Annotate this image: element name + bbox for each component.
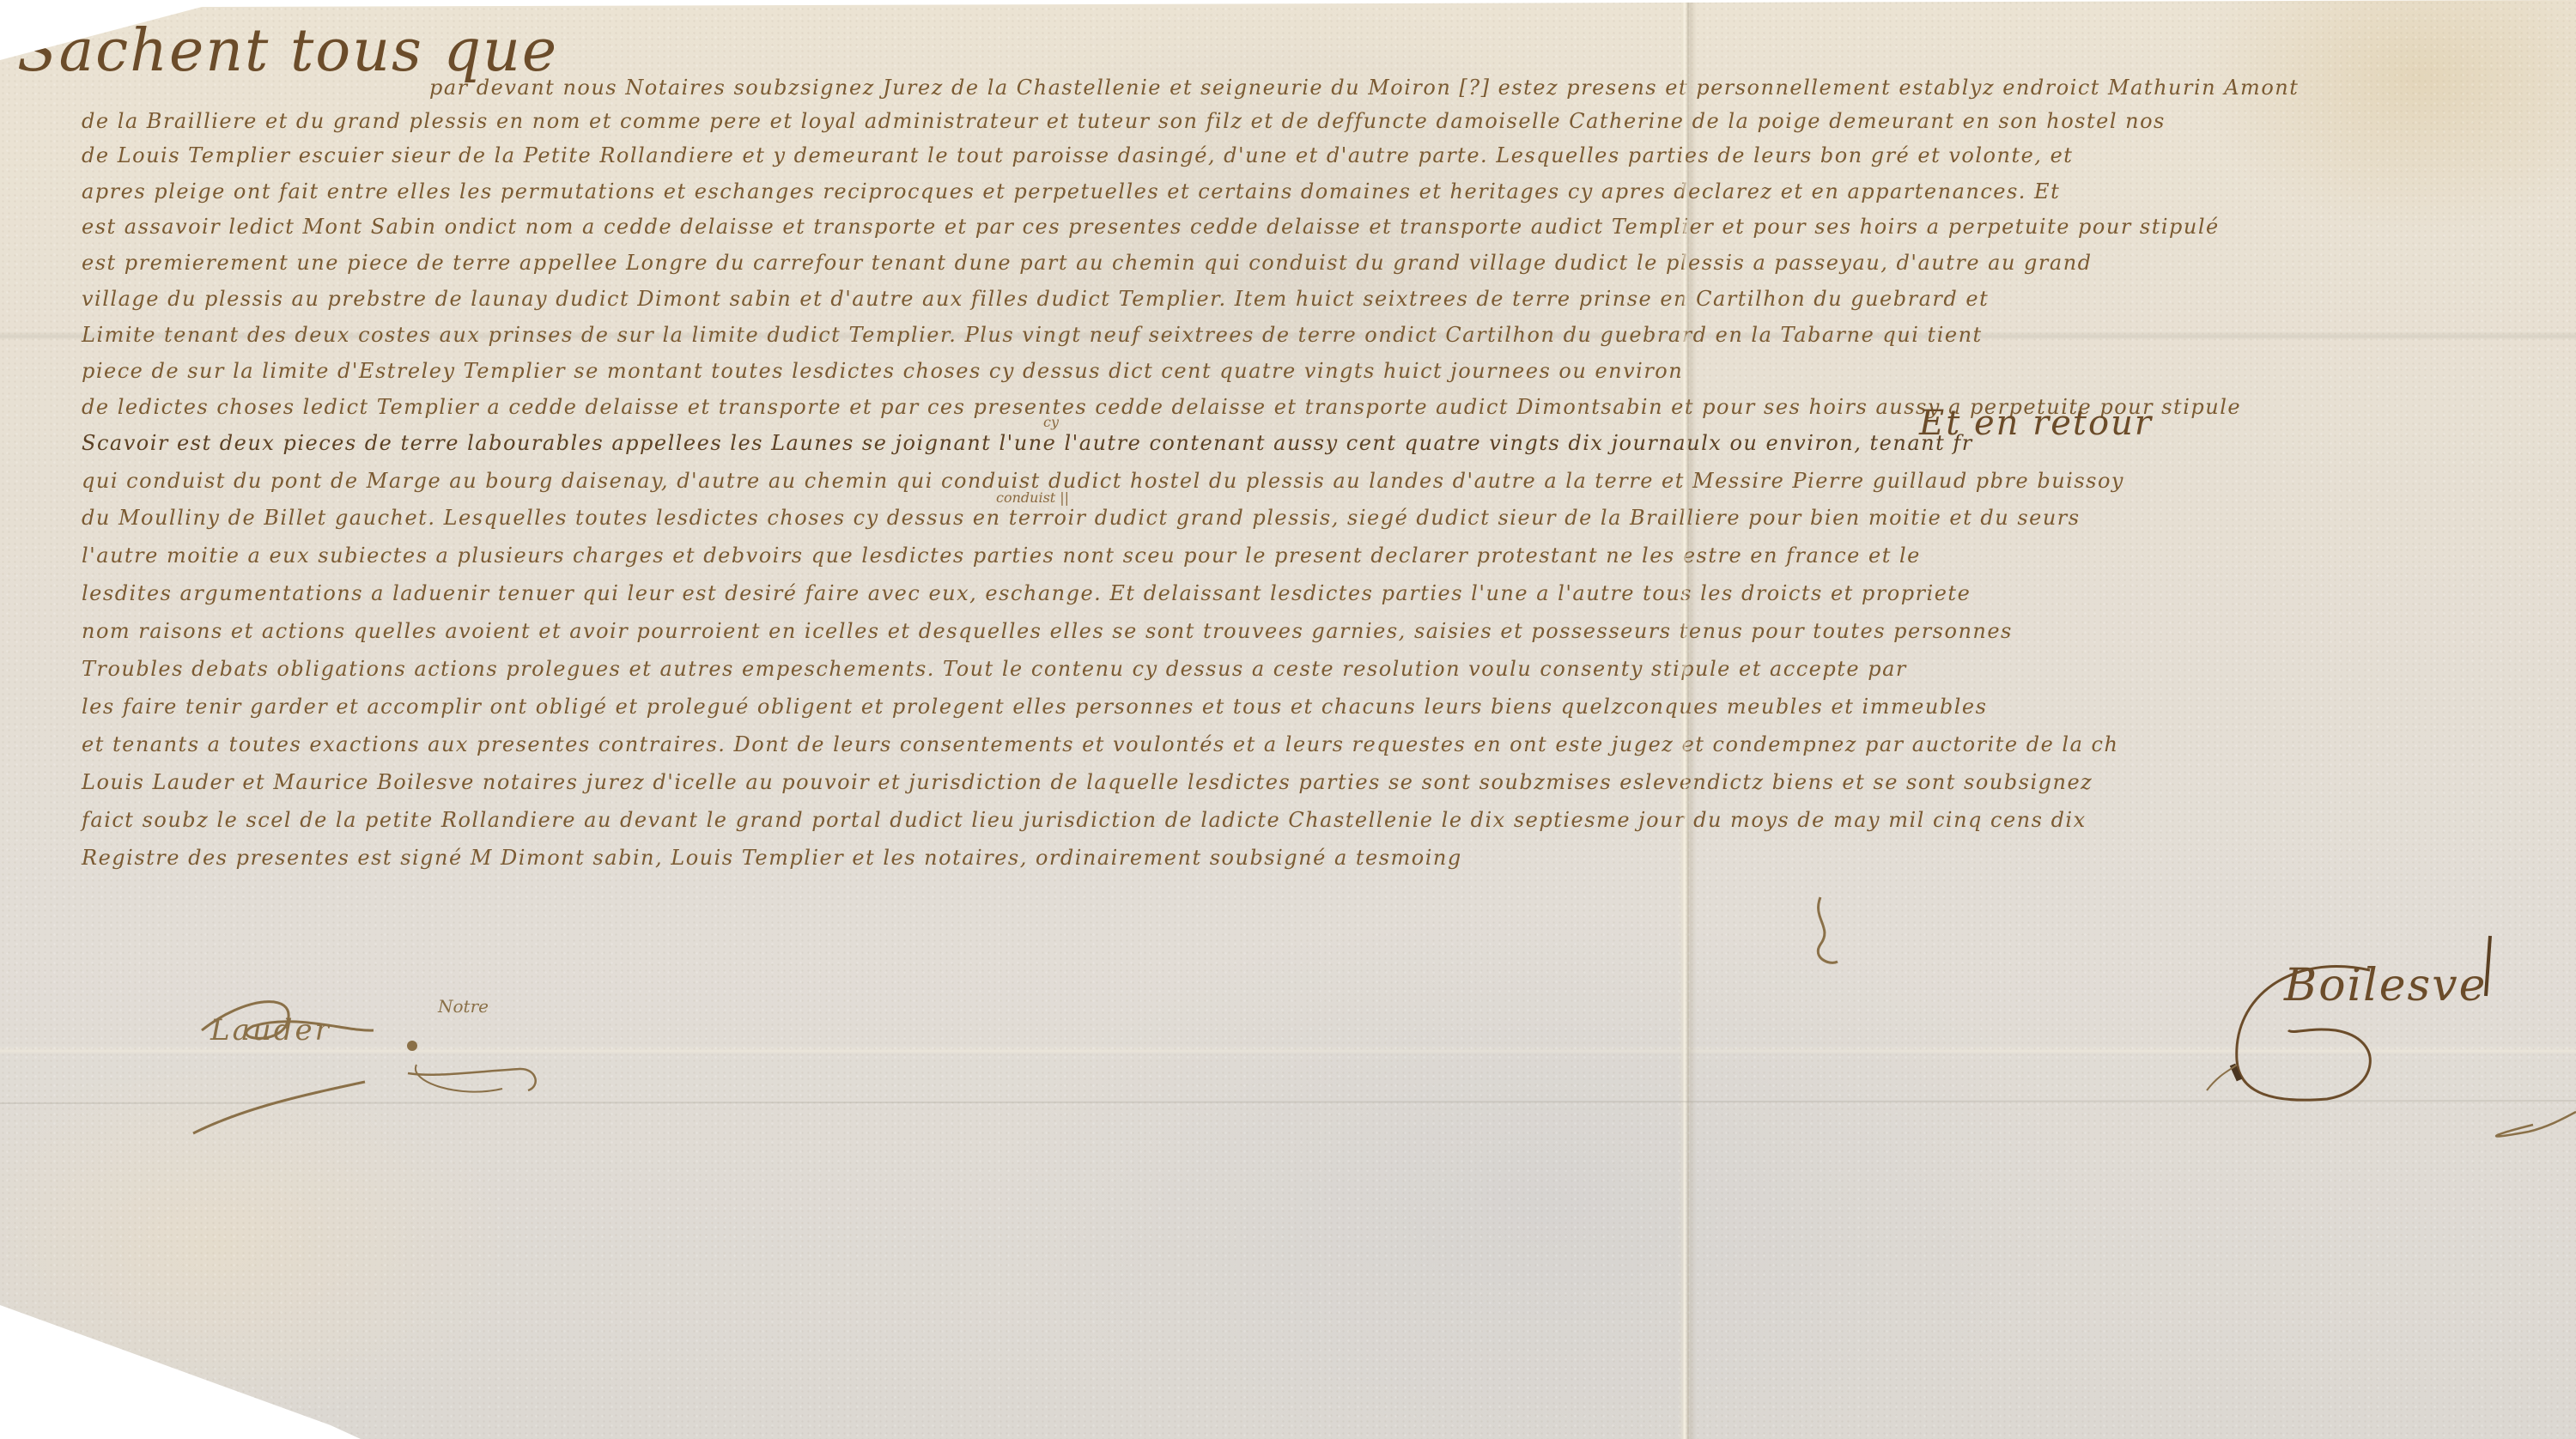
signature-left-note: Notre (438, 996, 489, 1017)
paraph-mark-icon (1803, 893, 1855, 970)
signature-right: Boilesve (2172, 944, 2576, 1168)
signature-left-name: Lauder (210, 1013, 331, 1047)
fold-lines (0, 0, 2576, 1439)
parchment-sheet: Sachent tous que par devant nous Notaire… (0, 0, 2576, 1439)
signature-left: Lauder Notre (176, 979, 571, 1108)
signature-right-name: Boilesve (2284, 960, 2487, 1011)
